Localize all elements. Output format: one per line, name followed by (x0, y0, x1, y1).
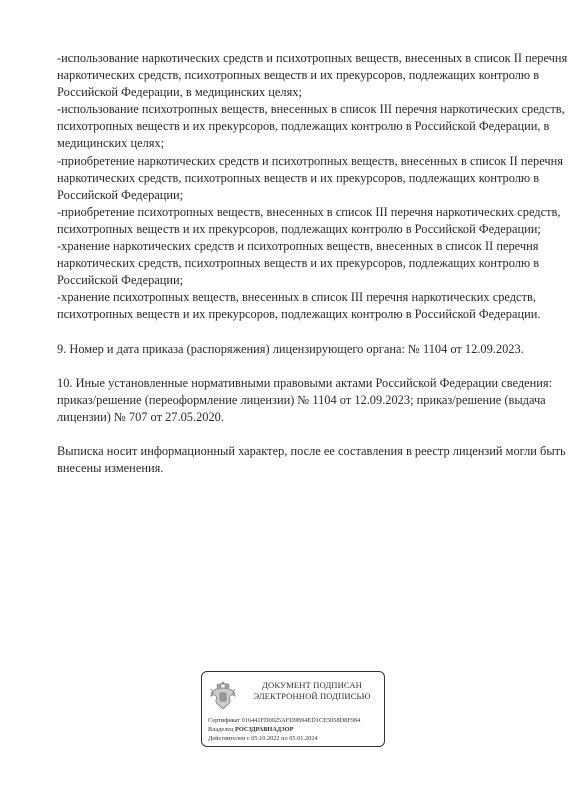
stamp-info: Сертификат 016441FD0025AFD9B94ED1CE5058D… (208, 716, 360, 743)
stamp-title-line-1: ДОКУМЕНТ ПОДПИСАН (242, 680, 382, 691)
text-line: лицензии) № 707 от 27.05.2020. (57, 409, 537, 426)
russian-coat-of-arms-icon (208, 678, 238, 712)
item-10-other-info: 10. Иные установленные нормативными прав… (57, 375, 537, 426)
certificate-row: Сертификат 016441FD0025AFD9B94ED1CE5058D… (208, 716, 360, 725)
stamp-title: ДОКУМЕНТ ПОДПИСАН ЭЛЕКТРОННОЙ ПОДПИСЬЮ (242, 680, 382, 702)
owner-value: РОСЗДРАВНАДЗОР (235, 726, 293, 733)
text-line: наркотических средств, психотропных веще… (57, 170, 537, 187)
activity-list-item: -приобретение наркотических средств и пс… (57, 153, 537, 204)
validity-row: Действителен с 05.10.2022 по 05.01.2024 (208, 734, 360, 743)
text-line: -использование наркотических средств и п… (57, 50, 537, 67)
text-line: внесены изменения. (57, 460, 537, 477)
text-line: наркотических средств, психотропных веще… (57, 67, 537, 84)
owner-row: Владелец РОСЗДРАВНАДЗОР (208, 725, 360, 734)
owner-label: Владелец (208, 726, 233, 733)
validity-label: Действителен (208, 735, 245, 742)
certificate-label: Сертификат (208, 717, 240, 724)
text-line: приказ/решение (переоформление лицензии)… (57, 392, 537, 409)
text-line: -приобретение психотропных веществ, внес… (57, 204, 537, 221)
document-page: -использование наркотических средств и п… (0, 0, 574, 800)
text-line: медицинских целях; (57, 135, 537, 152)
stamp-title-line-2: ЭЛЕКТРОННОЙ ПОДПИСЬЮ (242, 691, 382, 702)
text-line: -использование психотропных веществ, вне… (57, 101, 537, 118)
text-line: Российской Федерации; (57, 187, 537, 204)
certificate-value: 016441FD0025AFD9B94ED1CE5058D8F984 (242, 717, 361, 724)
activity-list-item: -хранение наркотических средств и психот… (57, 238, 537, 289)
activity-list-item: -приобретение психотропных веществ, внес… (57, 204, 537, 238)
activity-list-item: -хранение психотропных веществ, внесенны… (57, 289, 537, 323)
activity-list-item: -использование наркотических средств и п… (57, 50, 537, 101)
text-line: психотропных веществ и их прекурсоров, п… (57, 118, 537, 135)
electronic-signature-stamp: ДОКУМЕНТ ПОДПИСАН ЭЛЕКТРОННОЙ ПОДПИСЬЮ С… (201, 671, 385, 747)
text-line: 9. Номер и дата приказа (распоряжения) л… (57, 341, 537, 358)
text-line: Выписка носит информационный характер, п… (57, 443, 537, 460)
text-line: -хранение психотропных веществ, внесенны… (57, 289, 537, 306)
activity-list-item: -использование психотропных веществ, вне… (57, 101, 537, 152)
text-line: -хранение наркотических средств и психот… (57, 238, 537, 255)
validity-value: с 05.10.2022 по 05.01.2024 (247, 735, 318, 742)
text-line: Российской Федерации, в медицинских целя… (57, 84, 537, 101)
licensed-activity-list: -использование наркотических средств и п… (57, 50, 537, 324)
text-line: -приобретение наркотических средств и пс… (57, 153, 537, 170)
document-body: -использование наркотических средств и п… (57, 50, 537, 477)
text-line: психотропных веществ и их прекурсоров, п… (57, 221, 537, 238)
text-line: наркотических средств, психотропных веще… (57, 255, 537, 272)
disclaimer-note: Выписка носит информационный характер, п… (57, 443, 537, 477)
text-line: психотропных веществ и их прекурсоров, п… (57, 306, 537, 323)
text-line: 10. Иные установленные нормативными прав… (57, 375, 537, 392)
text-line: Российской Федерации; (57, 272, 537, 289)
item-9-order-number: 9. Номер и дата приказа (распоряжения) л… (57, 341, 537, 358)
